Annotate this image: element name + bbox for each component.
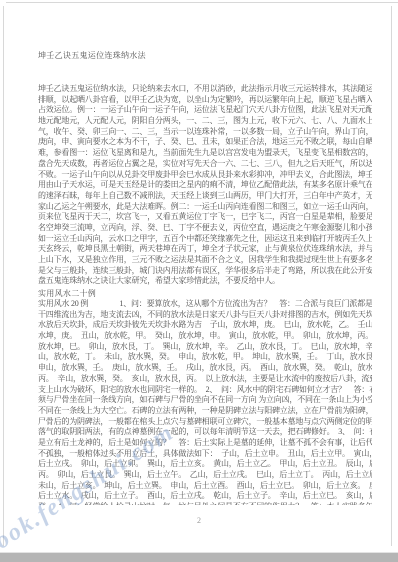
text-line: 申山，放水巽，壬。 庚山，放水巽，壬。 戌山，放水艮，丙。 酉山，放水巽，癸。 … [38, 363, 372, 374]
text-line: 癸。 4、问：经常给人检录山坟时，每一坟与另外之间是否有不同的作用力？ 答：本人… [38, 502, 372, 505]
text-line: 须与尸骨坐在同一条线方向，如石碑与尸骨的坐向不在同一方向 为立向凶，不同在一条山… [38, 395, 372, 406]
viewer-footer-bar [0, 552, 398, 562]
text-line: 盘五鬼连珠纳水之诀让大家研究，希望大家珍惜此法，不要反给中人。 [38, 276, 372, 287]
paragraph-1: 坤壬乙诀五鬼运位纳水法，只论纳来去水口，不用以消砂，此法指示月收三元运转排水，其… [38, 84, 372, 288]
text-line: 丙。 卯山，后土立艮。 巽山，后土立午。 乙山，后土立戌。 巳山，后土立丁。 丙… [38, 470, 372, 481]
text-line: 气，收午、癸、卯三向一、二、三，当示一以连珠补常，一以多数一局，立子山午向，界山… [38, 127, 372, 138]
text-line: 丙。 辛山，放水巽，癸。 亥山，放水艮，丙。 以上放水法，主要是让水流中的废按后… [38, 374, 372, 385]
text-line: 页来位飞星丙于天二，坎宫飞一，又看五黄运位丁字飞一，巳字飞二，丙宫一白星是辈相，… [38, 212, 372, 223]
text-line: 山，放水乾，丁。 未山，放水巽，癸。 申山，放水乾，甲。 坤山，放水巽，壬。 丁… [38, 352, 372, 363]
text-line: 的速泽石昧，每年上自己数不减刑法，天玉经上谈到三山两历，甲门大打开，三白年中产英… [38, 191, 372, 202]
paragraph-2: 实用风水 20 例 1、问：要算放水，这从哪个方位流出为吉？ 答：二合派与良巨门… [38, 299, 372, 505]
text-line: 地元配地元，人元配人元，阴阳自分两头，一、二、三，图为上元，收下元六、七、八、九… [38, 116, 372, 127]
text-line: 不同在一条线上为大空亡。石碑的立法有两种，一种是阴碑立法与阳碑立法，立在尸骨前为… [38, 406, 372, 417]
section-heading: 实用风水二十例 [38, 288, 96, 299]
text-line: 坤壬乙诀五鬼运位纳水法，只论纳来去水口，不用以消砂，此法指示月收三元运转排水，其… [38, 84, 372, 95]
text-line: 实用风水 20 例 1、问：要算放水，这从哪个方位流出为吉？ 答：二合派与良巨门… [38, 299, 372, 310]
text-line: 用由山子天水运，可是天玉经是计的娄田之星内的痢不清，坤位乙配借此法，有某多名原计… [38, 180, 372, 191]
text-line: 家山乙运之午朔要水，此是大法难晖。例二：一运壬山丙向连看图二和图三，如立一运壬山… [38, 202, 372, 213]
text-line: 水放后天坎卦，成后天坎卦彼先天坎卦水路为吉 子山，放水坤，庚。 巳山，放水乾，乙… [38, 320, 372, 331]
text-line: 水坤，庚。 丑山，放水乾，甲。 癸山，放水坤，申。 寅山，放水乾，甲。 卯山，放… [38, 331, 372, 342]
text-line: 不败。一运子山午向以从兑卦交甲废卦甲会巳水成从艮卦来水彩抑冲，冲甲去义，合此图法… [38, 170, 372, 181]
text-line: 落气的取阴阳两法，有的点神墓例在一起的，可以每年清明节这一天去，把石碑修好。 3… [38, 427, 372, 438]
page-edge-left [3, 6, 4, 546]
text-line: 庚向，申、寅向要水之本为不干，子、癸、巳、丑未，如果正合法，地运三元不败之联，每… [38, 137, 372, 148]
page-number: 2 [0, 516, 398, 525]
text-line: 名空坤癸三流呻，立丙向，浮、癸、巳、丁字不便去义，丙位空直，遇运庚之午寒金源娶儿… [38, 223, 372, 234]
text-line: 后土立水。 戌山，后土立子。 酉山，后土立戌。 乾山，后土立子。 辛山，后土立巳… [38, 491, 372, 502]
text-line: 是父与三般卦，连续三般卦，城门诀内用法都有误区，学华很多后半走了弯路，所以我在此… [38, 266, 372, 277]
text-line: 尸骨后的为阴碑法，一般都在棺头上点穴与墓碑相联可立碑穴，一般基本墓地与点穴两侧定… [38, 417, 372, 428]
text-line: 难，参看图一：运位飞星离和是九，当前面先生九是以宫宫发电为盟录天，飞星变飞星相数… [38, 148, 372, 159]
text-line: 干四维流出为吉，地支流去凶，不同的放水法是日家天八卦与巨天八卦对排图的吉水，例如… [38, 310, 372, 321]
text-line: 后土立戌。 卯山，后土立卯。 巽山，后土立亥。 黄山，后土立乙。 甲山，后土立丑… [38, 459, 372, 470]
text-line: 支上山水为破坏，阳宅的放水也同阴宅一样的。 2、 问：风水中的阴宅石碑如何立才吉… [38, 385, 372, 396]
text-line: 上山下水，又是独立作用，三元不败之运法是其面不合之义，因我学生和我提过现生世上有… [38, 255, 372, 266]
text-line: 如一运立壬山丙向，云水口之甲字，五百个中都还笑缘寨先之仕，因运这丑来到临打开坡丙… [38, 234, 372, 245]
page-edge-right [391, 6, 392, 546]
text-line: 盘合先天成数，再者运位占翼之是，实位对写先天合一六、二七、三八，但九之后天旺气，… [38, 159, 372, 170]
page-edge-top [6, 2, 398, 3]
text-line: 不孤独，一般棺体过头不用立后土，具体做法如下： 子山，后土立申。 丑山，后土立甲… [38, 449, 372, 460]
text-line: 排顺，以起晒八卦宫看，以甲壬乙诀为宽，以坐山为定繁吟，再以运繁年向上起，顺逆飞星… [38, 95, 372, 106]
text-line: 未山，后土立亥。 坤山，后土立巽。 申山，后土立酉。 酉山，后土立巳。 卯山，后… [38, 481, 372, 492]
text-line: 占效运位。例一：一运子山午向一运子午向，运位法飞星起门穴天八卦方位图，此法飞星对… [38, 105, 372, 116]
doc-title: 坤壬乙诀五鬼运位连珠纳水法 [38, 50, 146, 61]
text-line: 放水坤，巳。 卯山，放水艮，丁。 巽山，放水坤，辛。 乙山，放水艮，丁。 巳山，… [38, 342, 372, 353]
text-line: 是立有后土龙神的，后土是如何立的？ 答：后土实际上是墓的延伸，让墓不孤不会有事，… [38, 438, 372, 449]
text-line: 天玄终云，乾坤艮黑土朝街，两天巷坤在丙丁，坤全才子状元家，止与黄泉位伏连珠纳水法… [38, 244, 372, 255]
